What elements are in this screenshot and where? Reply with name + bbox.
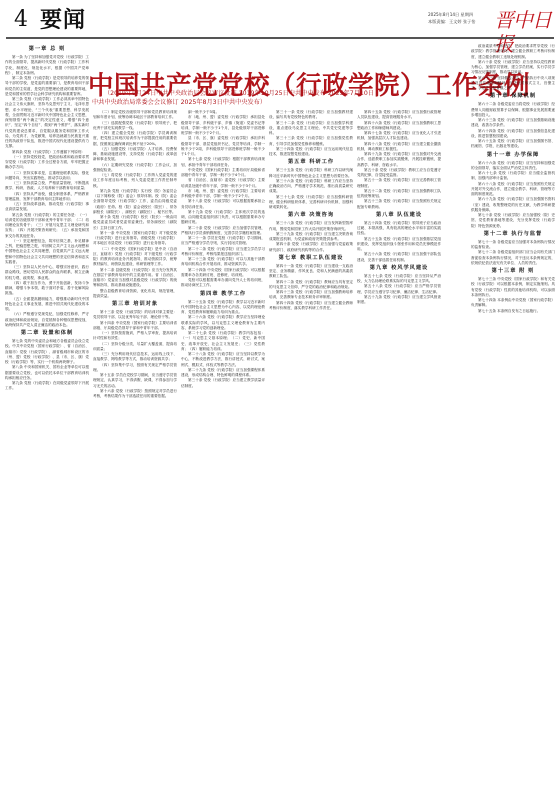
article-paragraph: 第五十三条 党校（行政学院）应当按照有关规定配备专职教师。 — [357, 199, 441, 210]
article-paragraph: 第四十二条 党校（行政学院）教师应当具有坚定的马克思主义信仰，严守党的政治纪律和… — [269, 280, 353, 291]
issue-date: 2025年8月14日 星期四 — [428, 12, 475, 19]
article-paragraph: （二）制定党校各级领导干部和党员教育培训规划和年度计划，统筹协调本地区干部教育培… — [93, 110, 177, 121]
article-paragraph: 第三十八条 党校（行政学院）应当发挥新型智库作用，围绕党和国家工作大局开展决策咨… — [269, 221, 353, 232]
article-paragraph: 第十四条 中央党校（国家行政学院）主要培训省部级、厅局级党员领导干部和中青年干部… — [93, 321, 177, 332]
article-paragraph: 第四条 党校（行政学院）工作遵循下列原则： — [5, 150, 89, 155]
article-paragraph: 市（地、州、盟）委党校（行政学院）承担县处级领导干部、乡科级干部、乡镇（街道）党… — [181, 115, 265, 136]
article-paragraph: 第八条 中央和国家机关、国有企业等单位可以根据需要设立党校，也可以依托本单位干部… — [5, 365, 89, 381]
text-column-6: 政治素质考察和把关，把政治要求贯穿党校（行政学院）教学管理始终。建立健全教职工考… — [471, 44, 555, 796]
article-paragraph: 第二十七条 党校（行政学院）教学内容包括：（一）马克思主义基本原理；（二）党史、… — [181, 331, 265, 352]
chapter-heading: 第十章 保障机制 — [471, 93, 555, 100]
article-paragraph: （五）坚持改革创新，推动党校（行政学院）事业高质量发展。 — [5, 202, 89, 213]
masthead: 4 要闻 2025年8月14日 星期四 本版责编：王文婷 张子怡 晋中日报 — [0, 0, 560, 36]
text-column-1: 第一章 总 则第一条 为了坚持和加强党对党校（行政学院）工作的全面领导，提高新时… — [5, 44, 89, 796]
chapter-heading: 第十二章 执行与监督 — [471, 231, 555, 238]
article-paragraph: （三）坚持质量立校，严格质量管理，不断提高教学、科研、咨政、人才培养和干部教育培… — [5, 181, 89, 192]
article-paragraph: （五）全面提高履职能力，增强推动新时代中国特色社会主义事业发展、推进中国式现代化… — [5, 297, 89, 313]
article-paragraph: 第十一条 中央党校（国家行政学院）对下级党校（行政学院）进行业务指导。省级党校（… — [93, 231, 177, 247]
article-paragraph: 第四十四条 党校（行政学院）应当建立健全教师考核评价制度，落实教学科研工作责任。 — [269, 301, 353, 312]
article-paragraph: （三）选拔配强党校（行政学院）领导班子，把优秀干部充实到教学一线。 — [93, 121, 177, 132]
article-paragraph: 第五十二条 党校（行政学院）应当加强教职工队伍的统筹规划。 — [357, 189, 441, 200]
article-paragraph: 第五十一条 党校（行政学院）应当完善教职工管理制度。 — [357, 178, 441, 189]
article-paragraph: 第六十四条 党校（行政学院）应当加强信息化建设，推进智慧校园建设。 — [471, 129, 555, 140]
article-paragraph: （七）将党校（行政学院）工作纳入党委党的建设工作年度目标考核，列入党委党建工作责… — [93, 173, 177, 189]
article-paragraph: 第五十九条 党校（行政学院）应当建立学风督查制度。 — [357, 295, 441, 306]
article-paragraph: 第三十二条 党校（行政学院）应当加强学科建设，重点建设马克思主义理论、中共党史党… — [269, 121, 353, 137]
article-paragraph: 第四十六条 党校（行政学院）应当加强教职工思想政治工作和师德师风建设。 — [357, 121, 441, 132]
article-paragraph: 第二十八条 党校（行政学院）应当坚持以教学为中心，不断改进教学方法，推行讲授式、… — [181, 352, 265, 368]
chapter-heading: 第八章 队伍建设 — [357, 212, 441, 219]
article-paragraph: 第九条 党校（行政学院）实行校（院）务委员会（以下简称校（院）委会）领导体制。校… — [93, 189, 177, 215]
chapter-heading: 第十一章 办学保障 — [471, 152, 555, 159]
article-paragraph: 第十九条 党校（行政学院）主体班次学员的选调，由同级党委组织部门负责，可以根据需… — [181, 210, 265, 226]
article-paragraph: 第十二条 县级党校（行政学院）应当充分发挥其在基层干部教育培训中的主渠道作用。省… — [93, 268, 177, 289]
article-paragraph: （三）充分利用现代信息技术，运用线上线下、直接教学、网络教学等方式，推动培训资源… — [93, 352, 177, 363]
article-paragraph: 第五十八条 党校（行政学院）应当严格学员管理，学员应当遵守学习纪律、廉洁纪律、生… — [357, 284, 441, 295]
text-column-3: 副一般不少于3周。市（地、州、盟）委党校（行政学院）承担县处级领导干部、乡科级干… — [181, 110, 265, 796]
article-paragraph: 第六十六条 党校（行政学院）应当坚持和加强党的全面领导，落实全面从严治党主体责任… — [471, 161, 555, 172]
article-paragraph: （四）建立健全党校（行政学院）学员调训制度，把党校主体班次培训作为干部提拔任用的… — [93, 131, 177, 147]
article-paragraph: 第三十九条 党校（行政学院）应当建立决策咨询成果报送机制，为党委和政府决策提供参… — [269, 232, 353, 243]
article-paragraph: 第二十一条 学员在党校（行政学院）学习期间，应当严格遵守学员守则，实行封闭式管理… — [181, 236, 265, 247]
article-paragraph: 第四十九条 党校（行政学院）应当加强对外交流合作，选派教职工参加实践锻炼，开展挂… — [357, 152, 441, 168]
article-paragraph: 第六十三条 党校（行政学院）应当加强基础设施建设，改善办学条件。 — [471, 118, 555, 129]
article-paragraph: 第十五条 学员在党校学习期间，应当遵守学员管理规定，认真学习，不得请假、缺课，不… — [93, 373, 177, 389]
article-paragraph: 第四十八条 党校（行政学院）应当建立健全激励机制，调动教职工积极性。 — [357, 142, 441, 153]
article-paragraph: 中央党校（国家行政学院）主要培训厅局级和省部级中青年干部，学制一般不少于4个月。 — [181, 168, 265, 179]
article-paragraph: 第五十五条 党校（行政学院）应当加强基层党组织建设，发挥党组织战斗堡垒作用和党员… — [357, 237, 441, 253]
header-divider — [6, 37, 554, 39]
article-paragraph: 第七十一条 各级党委应当加强对本条例执行情况的监督检查。 — [471, 240, 555, 251]
article-paragraph: 第三十一条 党校（行政学院）应当加强教材建设，编写具有党校特色的教材。 — [269, 110, 353, 121]
article-paragraph: 第十条 党校（行政学院）校长（院长）一般由同级党委委员或者党委常委兼任。常务副校… — [93, 215, 177, 231]
article-paragraph: 第二十三条 党校（行政学院）可以与其他干部教育培训机构合作开展培训，推动资源共享… — [181, 257, 265, 268]
article-paragraph: 第三十三条 党校（行政学院）应当加强党性教育，引导学员加强党性修养和锻炼。 — [269, 136, 353, 147]
section-name: 要闻 — [40, 8, 86, 32]
article-paragraph: 第四十一条 党校（行政学院）应当建设一支政治坚定、业务精湛、作风优良、党和人民满… — [269, 264, 353, 280]
article-paragraph: 整合县级教育培训资源，优化布局，规范管理，提高效益。 — [93, 289, 177, 300]
article-paragraph: （二）坚持分级分类，尽量扩大覆盖面，提高培训质量； — [93, 342, 177, 353]
article-paragraph: 第七条 党的中央委员会和地方各级委员会设立党校。中共中央党校（国家行政学院）、省… — [5, 339, 89, 365]
article-paragraph: 第二十五条 党校（行政学院）教学以习近平新时代中国特色社会主义思想为中心内容，以… — [181, 300, 265, 316]
article-paragraph: （三）坚持以人民为中心，增强宗旨意识，践行群众路线，密切党同人民群众的血肉联系，… — [5, 265, 89, 281]
article-paragraph: 第六十八条 党校（行政学院）应当按照有关规定开展对外交流合作，建立健全教学、科研… — [471, 182, 555, 198]
article-paragraph: 第九条 党校（行政学院）在同级党委领导下开展工作。 — [5, 381, 89, 392]
article-paragraph: 市（地、州、盟）委党校（行政学院）主要培训乡科级中青年干部，学制一般不少于2个月… — [181, 189, 265, 200]
chapter-heading: 第四章 教学工作 — [181, 291, 265, 298]
article-subtitle: （2019年9月24日中共中央政治局会议审议批准 2019年10月25日中共中央… — [92, 89, 468, 107]
subtitle-line-1: （2019年9月24日中共中央政治局会议审议批准 2019年10月25日中共中央… — [92, 89, 468, 98]
text-column-5: 第四十五条 党校（行政学院）应当加强行政管理人员队伍建设，提高管理服务水平。第四… — [357, 110, 441, 796]
chapter-heading: 第九章 校风学风建设 — [357, 265, 441, 272]
text-column-4: 第三十一条 党校（行政学院）应当加强教材建设，编写具有党校特色的教材。第三十二条… — [269, 110, 353, 796]
article-paragraph: 县（市、区、旗）委党校（行政学院）承担乡科级领导干部、基层党组织书记、党员等培训… — [181, 136, 265, 157]
article-paragraph: （二）中央党校（国家行政学院）是中央（自治区、直辖市）党校（行政学院）对下级党校… — [93, 247, 177, 268]
article-paragraph: 第四十三条 党校（行政学院）应当加强教师培养培训，完善教师专业技术职务评审制度。 — [269, 290, 353, 301]
article-paragraph: 第十三条 党校（行政学院）的培训对象主要是：党员领导干部，以及优秀年轻干部、理论… — [93, 310, 177, 321]
article-paragraph: 第四十五条 党校（行政学院）应当加强行政管理人员队伍建设，提高管理服务水平。 — [357, 110, 441, 121]
article-paragraph: 第六十九条 党校（行政学院）应当加强图书资料（室）建设，收集整理党的历史文献，为… — [471, 197, 555, 213]
article-paragraph: 第六十七条 党校（行政学院）应当健全监督机制，加强内部审计监督。 — [471, 171, 555, 182]
page-editor: 本版责编：王文婷 张子怡 — [428, 19, 475, 26]
article-paragraph: 第十八条 党校（行政学院）可以根据需要承担公务员培训任务。 — [181, 199, 265, 210]
article-paragraph: 第六十二条 各级党委应当将党校（行政学院）经费纳入同级财政预算予以保障，根据事业… — [471, 102, 555, 118]
article-paragraph: 第二十六条 党校（行政学院）教学应当坚持理论联系实际的学风，以马克思主义理论教育… — [181, 315, 265, 331]
article-paragraph: 第二十二条 党校（行政学院）应当建立学员学习考核评价制度，考核结果报送组织部门。 — [181, 247, 265, 258]
article-paragraph: 第十七条 党校（行政学院）根据干部教育培训规划，承担中青年干部培训任务。 — [181, 157, 265, 168]
article-paragraph: 第五十六条 党校（行政学院）应当加强干部队伍建设，完善干部选拔任用机制。 — [357, 252, 441, 263]
article-paragraph: （一）坚持党校姓党，把政治标准和政治要求贯穿党校（行政学院）工作全过程各方面，牢… — [5, 155, 89, 171]
chapter-heading: 第十三章 附 则 — [471, 268, 555, 275]
chapter-heading: 第二章 设置和体制 — [5, 330, 89, 337]
subtitle-line-2: 中共中央政治局常委会会议修订 2025年8月3日中共中央发布） — [92, 98, 468, 107]
article-paragraph: 第四十条 党校（行政学院）应当加强与党委政策研究部门、政府研究机构等的合作。 — [269, 242, 353, 253]
article-paragraph: （六）定期研究党校（行政学院）工作会议，加强督促检查。 — [93, 163, 177, 174]
article-paragraph: 第四十七条 党校（行政学院）应当优化人才引进机制，加强高层次人才队伍建设。 — [357, 131, 441, 142]
article-paragraph: 第三十条 党校（行政学院）应当建立教学质量评估制度。 — [181, 378, 265, 389]
issue-meta: 2025年8月14日 星期四 本版责编：王文婷 张子怡 — [428, 12, 475, 25]
chapter-heading: 第三章 培训对象 — [93, 301, 177, 308]
article-paragraph: 第二条 党校（行政学院）是党领导的培养党的领导干部的学校，是党委的重要部门，是教… — [5, 76, 89, 97]
article-paragraph: 第五十七条 党校（行政学院）应当坚持从严治校，大力弘扬理论联系实际的马克思主义学… — [357, 274, 441, 285]
chapter-heading: 第六章 决策咨询 — [269, 212, 353, 219]
article-paragraph: （五）加强党校（行政学院）人才培养、经费保障、基础设施建设等，支持党校（行政学院… — [93, 147, 177, 163]
article-paragraph: 第二十九条 党校（行政学院）应当加强课程体系建设，形成结构合理、特色鲜明的课程体… — [181, 368, 265, 379]
page-number: 4 — [14, 8, 28, 32]
article-paragraph: 第五十条 党校（行政学院）教职工应当自觉遵守党的纪律，自觉接受监督。 — [357, 168, 441, 179]
article-paragraph: 第三条 党校（行政学院）工作必须高举中国特色社会主义伟大旗帜，坚持马克思列宁主义… — [5, 97, 89, 150]
chapter-heading: 第一章 总 则 — [5, 46, 89, 53]
article-paragraph: （四）敢于担当作为，勇于开拓创新，发扬斗争精神，增强斗争本领，敢于面对矛盾，善于… — [5, 281, 89, 297]
article-paragraph: （二）坚持实事求是，注重理论联系实际，强化问题导向，突出实践特色，推动学以致用； — [5, 171, 89, 182]
text-column-2: （二）制定党校各级领导干部和党员教育培训规划和年度计划，统筹协调本地区干部教育培… — [93, 110, 177, 796]
article-paragraph: 政治素质考察和把关，把政治要求贯穿党校（行政学院）教学管理始终。建立健全教职工考… — [471, 44, 555, 60]
article-paragraph: 第五十四条 党校（行政学院）领导班子应当政治过硬、本领高强，具有较高的理论水平和… — [357, 221, 441, 237]
article-paragraph: （一）坚持按需施训，严格入学审查，提高培训针对性和有效性； — [93, 331, 177, 342]
article-paragraph: 第五条 党校（行政学院）的主要任务是：（一）培训党的各级领导干部和优秀中青年干部… — [5, 213, 89, 239]
article-paragraph: 第三十七条 党校（行政学院）应当加强科研管理，健全科研组织体系，完善科研评价机制… — [269, 195, 353, 211]
article-paragraph: 第二十条 党校（行政学院）应当加强学员管理，严格执行学员请销假制度，完善学员学籍… — [181, 226, 265, 237]
article-paragraph: 第三十五条 党校（行政学院）科研工作以研究阐释习近平新时代中国特色社会主义思想为… — [269, 168, 353, 179]
article-paragraph: 第三十六条 党校（行政学院）科研工作应当坚持正确政治方向，严格遵守学术规范，推出… — [269, 179, 353, 195]
article-paragraph: （六）严格遵守党规党纪，加强党性修养，严守政治纪律和政治规矩，自觉抵制各种错误思… — [5, 312, 89, 328]
article-paragraph: 第七十三条 中央党校（国家行政学院）和有关党校（行政学院）可以根据本条例，制定实… — [471, 277, 555, 298]
article-paragraph: 第二十四条 中央党校（国家行政学院）可以根据需要举办各类研讨班、进修班、培训班。 — [181, 268, 265, 279]
chapter-heading: 第七章 教职工队伍建设 — [269, 255, 353, 262]
article-paragraph: 第七十五条 本条例自发布之日起施行。 — [471, 309, 555, 314]
article-paragraph: （四）坚持集中学习，按照有关规定严格学员管理。 — [93, 363, 177, 374]
article-paragraph: 省（自治区、直辖市）委党校（行政学院）主要培训县处级中青年干部，学制一般不少于3… — [181, 178, 265, 189]
article-paragraph: 第三十四条 党校（行政学院）应当运用现代信息技术，推进智慧党校建设。 — [269, 147, 353, 158]
article-paragraph: 第七十二条 各级党委组织部门应当会同有关部门督促检查本条例执行情况，对于违反本条… — [471, 250, 555, 266]
article-paragraph: （四）坚持从严治校，健全制度体系，严格教育管理监督，发挥干部教育培训主阵地作用； — [5, 192, 89, 203]
article-paragraph: 第十六条 党校（行政学院）按照规定对学员进行考核，考核结果作为干部选拔任用的重要… — [93, 389, 177, 400]
article-paragraph: 第一条 为了坚持和加强党对党校（行政学院）工作的全面领导，提高新时代党校（行政学… — [5, 55, 89, 76]
article-paragraph: 第七十条 党校（行政学院）应当加强校（院）史馆、党性教育基地等建设，充分发挥党校… — [471, 213, 555, 229]
article-paragraph: 第七十四条 本条例由中央党校（国家行政学院）负责解释。 — [471, 298, 555, 309]
article-paragraph: 第六十五条 党校（行政学院）应当加强图书馆、档案馆、学报、出版社等建设。 — [471, 139, 555, 150]
article-paragraph: 第六十条 党校（行政学院）应当坚持以党性教育为核心，加强学员管理，建立学员档案，… — [471, 60, 555, 76]
article-paragraph: 第六十一条 坚持勤俭办学，严格执行中央八项规定及其实施细则精神，坚决反对形式主义… — [471, 76, 555, 92]
article-paragraph: 党校可以根据需要举办面向党外人士的培训班，推动协商民主工作。 — [181, 278, 265, 289]
article-paragraph: （一）坚定理想信念，筑牢信仰之基，补足精神之钙，把稳思想之舵，牢固树立共产主义远… — [5, 239, 89, 265]
chapter-heading: 第五章 科研工作 — [269, 159, 353, 166]
